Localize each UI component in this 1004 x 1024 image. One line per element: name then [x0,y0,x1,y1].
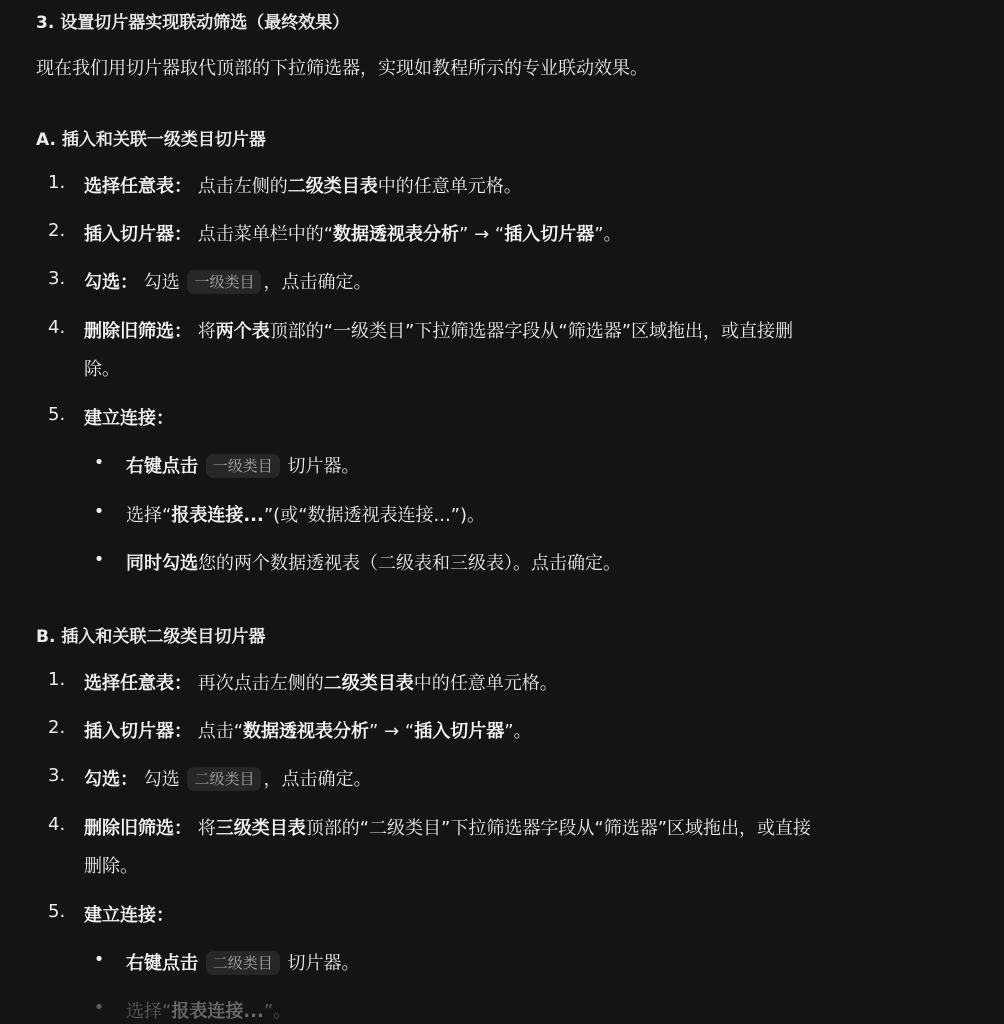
bullet-bold-text: 右键点击 [126,456,198,477]
step-text: 再次点击左侧的 [192,673,324,694]
bullet-text: 您的两个数据透视表（二级表和三级表）。点击确定。 [198,553,621,574]
step-text: ，点击确定。 [263,272,371,293]
step-number: 2. [48,717,78,738]
step-label: 建立连接： [84,905,174,926]
step-number: 3. [48,765,78,786]
inline-code-chip: 二级类目 [206,951,280,975]
bullet-text: 切片器。 [282,953,360,974]
step-text: 中的任意单元格。 [414,673,558,694]
bullet-text: 选择“ [126,1001,171,1022]
step-text: 中的任意单元格。 [378,176,522,197]
bullet-bold-text: 报表连接... [171,1001,264,1022]
step-text: ”。 [594,224,621,245]
step-text: ” → “ [369,721,414,742]
bullet-icon: • [92,452,106,473]
step-label: 建立连接： [84,408,174,429]
step-text: 勾选 [138,769,185,790]
step-bold-text: 数据透视表分析 [333,224,459,245]
step-label: 插入切片器： [84,224,192,245]
step-text-wrap: 除。 [84,355,120,381]
step-text: ”。 [504,721,531,742]
part-a-heading: A. 插入和关联一级类目切片器 [36,125,266,150]
step-label: 删除旧筛选： [84,321,192,342]
step-bold-text: 插入切片器 [504,224,594,245]
step-text: ” → “ [459,224,504,245]
bullet-text: ”。 [264,1001,291,1022]
step-text: 顶部的“一级类目”下拉筛选器字段从“筛选器”区域拖出，或直接删 [270,321,793,342]
step-text: ，点击确定。 [263,769,371,790]
step-label: 勾选： [84,272,138,293]
step-label: 勾选： [84,769,138,790]
step-bold-text: 二级类目表 [324,673,414,694]
step-number: 1. [48,172,78,193]
section-title: 3. 设置切片器实现联动筛选（最终效果） [36,8,349,33]
step-number: 5. [48,404,78,425]
step-label: 删除旧筛选： [84,818,192,839]
bullet-text: 选择“ [126,505,171,526]
step-bold-text: 三级类目表 [216,818,306,839]
bullet-text: 切片器。 [282,456,360,477]
bullet-icon: • [92,501,106,522]
bullet-icon: • [92,549,106,570]
step-bold-text: 数据透视表分析 [243,721,369,742]
step-text: 点击“ [192,721,243,742]
step-number: 4. [48,814,78,835]
step-text: 顶部的“二级类目”下拉筛选器字段从“筛选器”区域拖出，或直接 [306,818,811,839]
bullet-text: ”(或“数据透视表连接...”)。 [264,505,485,526]
step-text: 将 [192,818,216,839]
step-number: 1. [48,669,78,690]
step-bold-text: 二级类目表 [288,176,378,197]
inline-code-chip: 二级类目 [187,767,261,791]
step-number: 5. [48,901,78,922]
inline-code-chip: 一级类目 [187,270,261,294]
step-label: 插入切片器： [84,721,192,742]
bullet-icon: • [92,949,106,970]
part-b-heading: B. 插入和关联二级类目切片器 [36,622,265,647]
step-bold-text: 两个表 [216,321,270,342]
step-label: 选择任意表： [84,176,192,197]
bullet-bold-text: 同时勾选 [126,553,198,574]
bullet-icon: • [92,997,106,1018]
step-text: 将 [192,321,216,342]
bullet-bold-text: 右键点击 [126,953,198,974]
inline-code-chip: 一级类目 [206,454,280,478]
step-label: 选择任意表： [84,673,192,694]
intro-paragraph: 现在我们用切片器取代顶部的下拉筛选器，实现如教程所示的专业联动效果。 [36,54,648,80]
step-text-wrap: 删除。 [84,852,138,878]
step-bold-text: 插入切片器 [414,721,504,742]
step-text: 点击左侧的 [192,176,288,197]
step-text: 勾选 [138,272,185,293]
step-text: 点击菜单栏中的“ [192,224,333,245]
step-number: 3. [48,268,78,289]
bullet-bold-text: 报表连接... [171,505,264,526]
step-number: 4. [48,317,78,338]
step-number: 2. [48,220,78,241]
